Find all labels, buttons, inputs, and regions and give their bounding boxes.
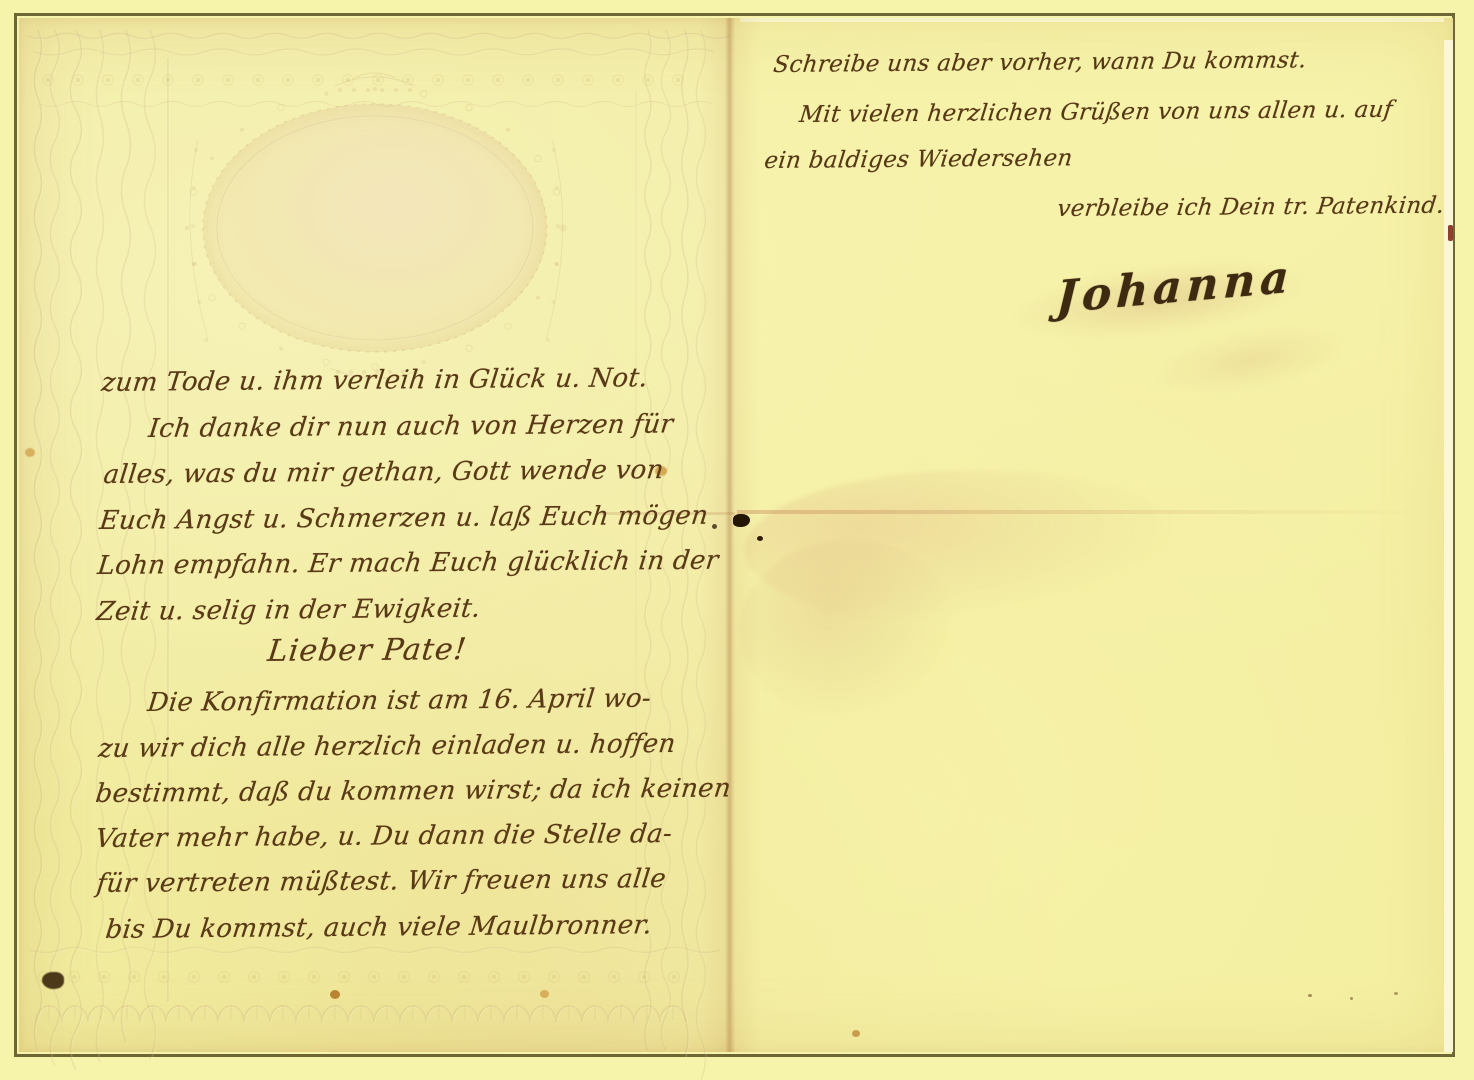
handwriting-line: Schreibe uns aber vorher, wann Du kommst… [772,47,1308,78]
handwriting-line: Euch Angst u. Schmerzen u. laß Euch möge… [98,501,710,536]
handwriting-line: bestimmt, daß du kommen wirst; da ich ke… [94,773,733,809]
handwriting-line: Mit vielen herzlichen Grüßen von uns all… [798,97,1394,128]
handwriting-line: für vertreten müßtest. Wir freuen uns al… [95,864,668,899]
handwriting-line: Zeit u. selig in der Ewigkeit. [95,594,482,627]
letter-salutation: Lieber Pate! [20,630,715,671]
ink-blot [712,524,717,529]
letter-scan: zum Tode u. ihm verleih in Glück u. Not.… [0,0,1474,1080]
stain [25,448,35,457]
fold-crease [725,18,734,1052]
handwriting-line: bis Du kommst, auch viele Maulbronner. [104,910,654,945]
handwriting-line: zu wir dich alle herzlich einladen u. ho… [97,729,677,764]
stain [330,990,340,999]
handwriting-line: Vater mehr habe, u. Du dann die Stelle d… [94,819,674,854]
handwriting-line: zum Tode u. ihm verleih in Glück u. Not. [100,363,650,398]
speck [1350,997,1353,1000]
speck [1394,992,1398,995]
handwriting-line: Die Konfirmation ist am 16. April wo- [146,684,653,718]
ink-blot [42,972,64,989]
stain [852,1030,860,1037]
handwriting-line: Lohn empfahn. Er mach Euch glücklich in … [96,546,720,581]
handwriting-line: ein baldiges Wiedersehen [763,145,1074,174]
stain [540,990,549,998]
handwriting-line: Ich danke dir nun auch von Herzen für [147,409,675,444]
stain [740,540,960,720]
handwriting-line: alles, was du mir gethan, Gott wende von [102,455,665,490]
letter-closing: verbleibe ich Dein tr. Patenkind. [1056,193,1446,222]
speck [1308,994,1312,997]
ink-blot [757,536,763,541]
